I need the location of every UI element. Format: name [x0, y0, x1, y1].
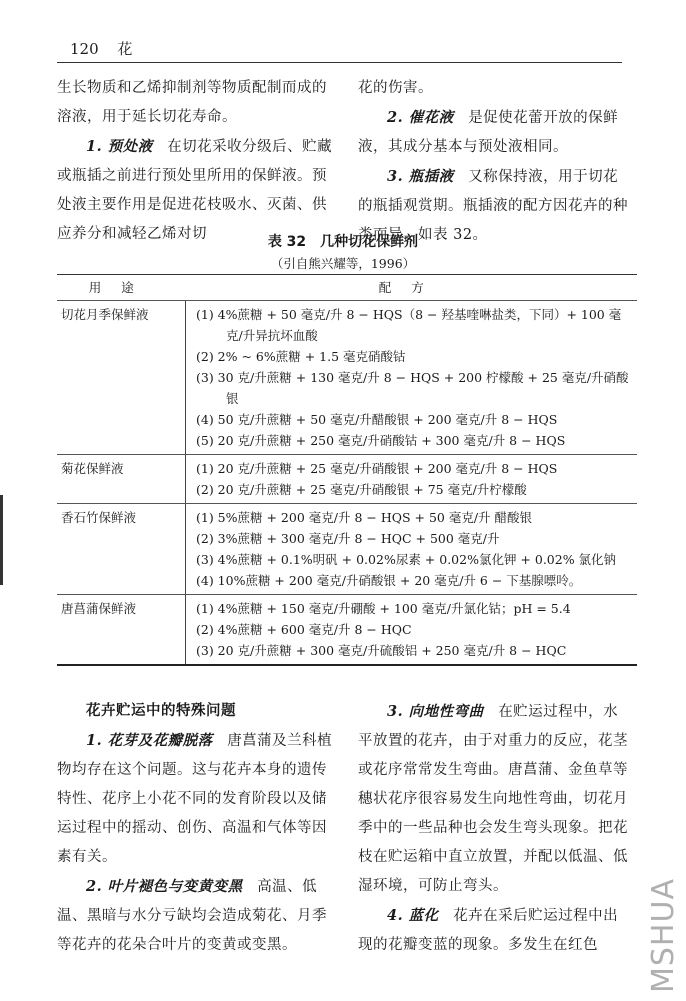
- paragraph-geotropic-bending: 3. 向地性弯曲在贮运过程中，水平放置的花卉，由于对重力的反应，花茎或花序常常发…: [358, 697, 630, 901]
- header-formula: 配方: [186, 275, 638, 301]
- term: 3. 向地性弯曲: [387, 703, 484, 720]
- preservative-table: 用途 配方 切花月季保鲜液 (1) 4%蔗糖 + 50 毫克/升 8 − HQS…: [57, 274, 637, 666]
- header-use: 用途: [57, 275, 186, 301]
- section-title: 花卉贮运中的特殊问题: [57, 697, 337, 726]
- paragraph-text: 在贮运过程中，水平放置的花卉，由于对重力的反应，花茎或花序常常发生弯曲。唐菖蒲、…: [358, 704, 628, 894]
- paragraph: 花的伤害。: [358, 74, 630, 103]
- use-cell: 香石竹保鲜液: [57, 504, 186, 595]
- column-left-top: 生长物质和乙烯抑制剂等物质配制而成的溶液，用于延长切花寿命。 1. 预处液在切花…: [57, 74, 337, 249]
- table-title: 表 32 几种切花保鲜剂: [0, 231, 686, 251]
- column-right-bottom: 3. 向地性弯曲在贮运过程中，水平放置的花卉，由于对重力的反应，花茎或花序常常发…: [358, 697, 630, 960]
- table-source: （引自熊兴耀等，1996）: [0, 254, 686, 272]
- formula-item: (3) 4%蔗糖 + 0.1%明矾 + 0.02%尿素 + 0.02%氯化钾 +…: [196, 549, 637, 570]
- formula-cell: (1) 5%蔗糖 + 200 毫克/升 8 − HQS + 50 毫克/升 醋酸…: [186, 504, 638, 595]
- use-cell: 唐菖蒲保鲜液: [57, 595, 186, 666]
- use-cell: 切花月季保鲜液: [57, 301, 186, 455]
- term: 2. 叶片褪色与变黄变黑: [86, 878, 243, 895]
- paragraph: 生长物质和乙烯抑制剂等物质配制而成的溶液，用于延长切花寿命。: [57, 74, 337, 132]
- term: 3. 瓶插液: [387, 168, 454, 185]
- formula-item: (1) 4%蔗糖 + 50 毫克/升 8 − HQS（8 − 羟基喹啉盐类，下同…: [196, 304, 637, 346]
- paragraph-leaf-yellowing: 2. 叶片褪色与变黄变黑高温、低温、黑暗与水分亏缺均会造成菊花、月季等花卉的花朵…: [57, 872, 337, 960]
- scan-edge-mark: [0, 495, 3, 585]
- table-row: 菊花保鲜液 (1) 20 克/升蔗糖 + 25 毫克/升硝酸银 + 200 毫克…: [57, 455, 637, 504]
- term: 4. 蓝化: [387, 907, 439, 924]
- term: 1. 预处液: [86, 138, 153, 155]
- column-right-top: 花的伤害。 2. 催花液是促使花蕾开放的保鲜液，其成分基本与预处液相同。 3. …: [358, 74, 630, 250]
- paragraph-bud-drop: 1. 花芽及花瓣脱落唐菖蒲及兰科植物均存在这个问题。这与花卉本身的遗传特性、花序…: [57, 726, 337, 872]
- term: 1. 花芽及花瓣脱落: [86, 732, 213, 749]
- table-row: 香石竹保鲜液 (1) 5%蔗糖 + 200 毫克/升 8 − HQS + 50 …: [57, 504, 637, 595]
- term: 2. 催花液: [387, 109, 454, 126]
- formula-item: (4) 50 克/升蔗糖 + 50 毫克/升醋酸银 + 200 毫克/升 8 −…: [196, 409, 637, 430]
- formula-item: (1) 20 克/升蔗糖 + 25 毫克/升硝酸银 + 200 毫克/升 8 −…: [196, 458, 637, 479]
- page-number: 120: [70, 40, 99, 58]
- formula-item: (1) 4%蔗糖 + 150 毫克/升硼酸 + 100 毫克/升氯化钴；pH =…: [196, 598, 637, 619]
- column-left-bottom: 花卉贮运中的特殊问题 1. 花芽及花瓣脱落唐菖蒲及兰科植物均存在这个问题。这与花…: [57, 697, 337, 960]
- header-rule: [57, 62, 622, 63]
- formula-item: (2) 20 克/升蔗糖 + 25 毫克/升硝酸银 + 75 毫克/升柠檬酸: [196, 479, 637, 500]
- page-header: 120 花: [70, 38, 132, 59]
- formula-item: (2) 3%蔗糖 + 300 毫克/升 8 − HQC + 500 毫克/升: [196, 528, 637, 549]
- table-row: 切花月季保鲜液 (1) 4%蔗糖 + 50 毫克/升 8 − HQS（8 − 羟…: [57, 301, 637, 455]
- paragraph-bluing: 4. 蓝化花卉在采后贮运过程中出现的花瓣变蓝的现象。多发生在红色: [358, 901, 630, 960]
- formula-item: (3) 20 克/升蔗糖 + 300 毫克/升硫酸铝 + 250 毫克/升 8 …: [196, 640, 637, 661]
- watermark-text: MSHUA: [646, 878, 681, 993]
- formula-item: (1) 5%蔗糖 + 200 毫克/升 8 − HQS + 50 毫克/升 醋酸…: [196, 507, 637, 528]
- formula-item: (2) 4%蔗糖 + 600 毫克/升 8 − HQC: [196, 619, 637, 640]
- formula-cell: (1) 4%蔗糖 + 150 毫克/升硼酸 + 100 毫克/升氯化钴；pH =…: [186, 595, 638, 666]
- formula-item: (3) 30 克/升蔗糖 + 130 毫克/升 8 − HQS + 200 柠檬…: [196, 367, 637, 409]
- paragraph-bud-opening: 2. 催花液是促使花蕾开放的保鲜液，其成分基本与预处液相同。: [358, 103, 630, 162]
- formula-item: (4) 10%蔗糖 + 200 毫克/升硝酸银 + 20 毫克/升 6 − 下基…: [196, 570, 637, 591]
- running-title: 花: [117, 40, 132, 58]
- paragraph-text: 唐菖蒲及兰科植物均存在这个问题。这与花卉本身的遗传特性、花序上小花不同的发育阶段…: [57, 733, 332, 865]
- formula-cell: (1) 4%蔗糖 + 50 毫克/升 8 − HQS（8 − 羟基喹啉盐类，下同…: [186, 301, 638, 455]
- formula-item: (2) 2% ~ 6%蔗糖 + 1.5 毫克硝酸钴: [196, 346, 637, 367]
- formula-item: (5) 20 克/升蔗糖 + 250 毫克/升硝酸钴 + 300 毫克/升 8 …: [196, 430, 637, 451]
- table-row: 唐菖蒲保鲜液 (1) 4%蔗糖 + 150 毫克/升硼酸 + 100 毫克/升氯…: [57, 595, 637, 666]
- formula-cell: (1) 20 克/升蔗糖 + 25 毫克/升硝酸银 + 200 毫克/升 8 −…: [186, 455, 638, 504]
- table-header-row: 用途 配方: [57, 275, 637, 301]
- use-cell: 菊花保鲜液: [57, 455, 186, 504]
- watermark: MSHUA: [642, 855, 678, 995]
